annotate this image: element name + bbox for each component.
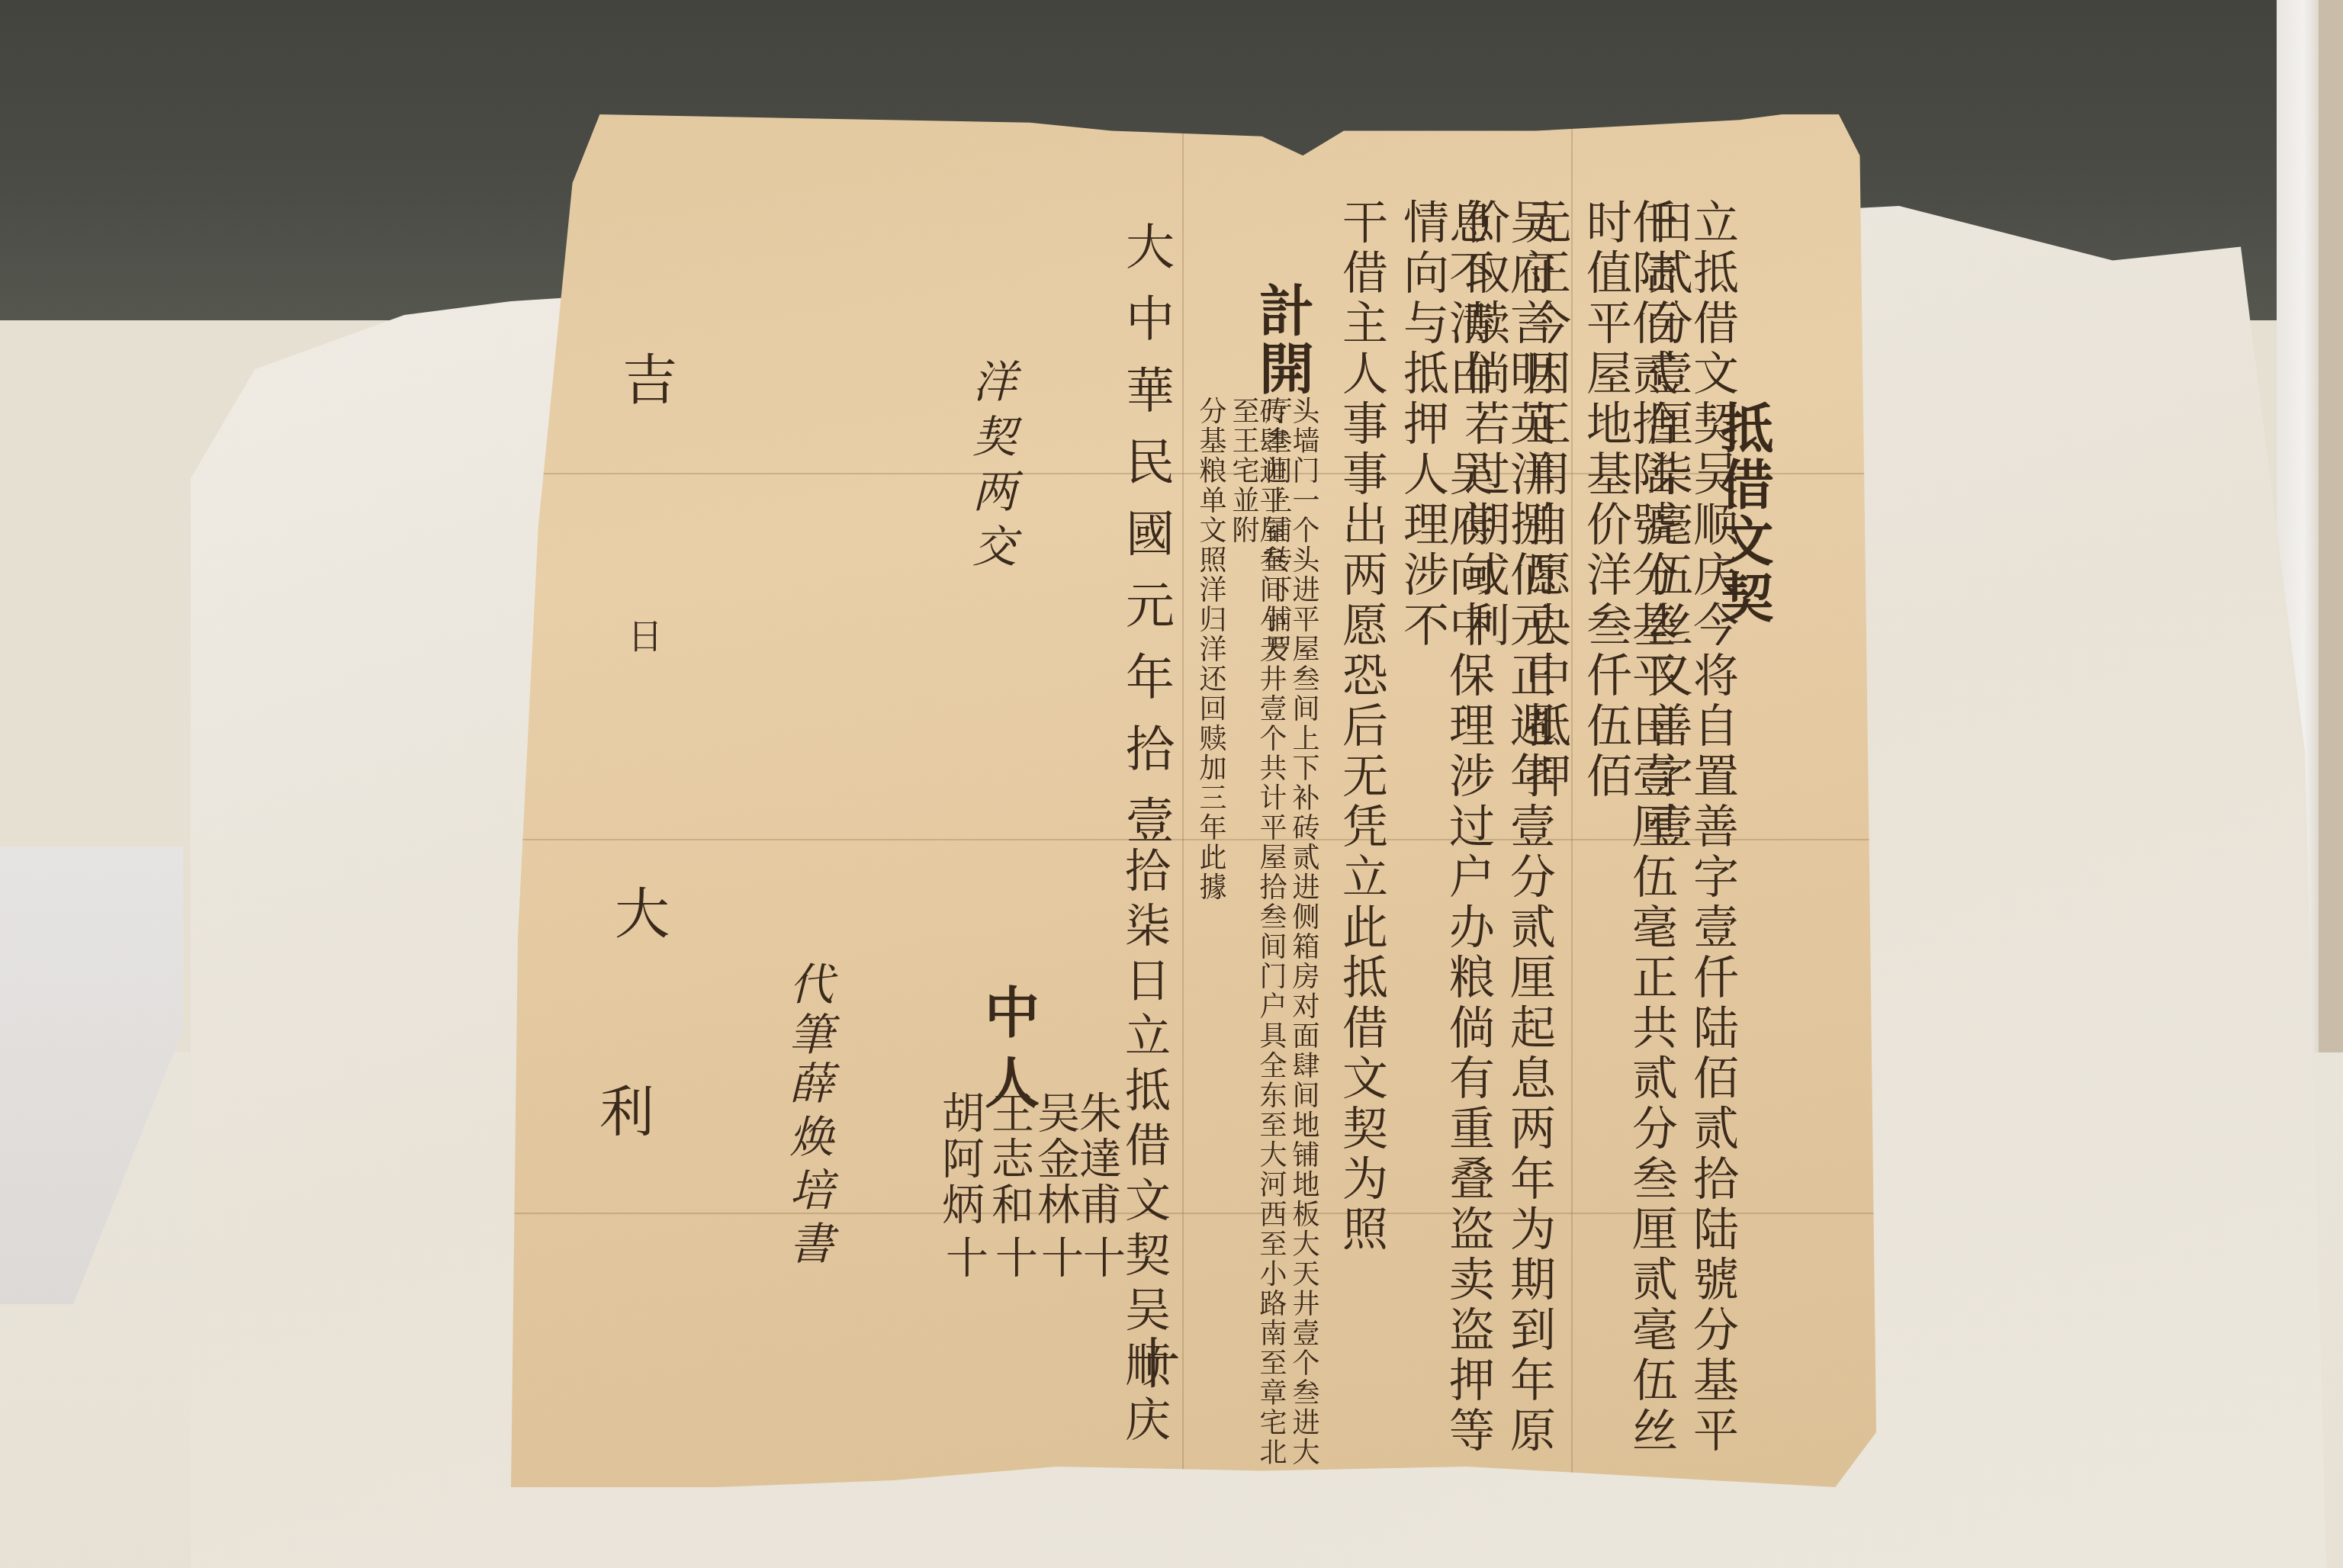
blessing-char: 吉 — [618, 351, 673, 409]
scribe-label: 代筆 — [786, 961, 830, 1062]
fold-line-vertical — [1571, 114, 1573, 1487]
blessing-char: 利 — [595, 1083, 650, 1141]
body-column-6: 干借主人事事出两愿恐后无凭立此抵借文契为照 — [1339, 198, 1384, 1255]
middleman-mark: 十 — [992, 1235, 1034, 1281]
body-column-5: 息不清由 吴府向中保理涉过户办粮倘有重叠盗卖盗押等情向与抵押人理涉不 — [1400, 198, 1491, 1487]
scribe-name: 薛焕培書 — [786, 1060, 830, 1274]
appendix-column-3: 分基粮单文照洋归洋还回赎加三年此據 — [1197, 397, 1224, 902]
middleman-mark: 十 — [1037, 1235, 1080, 1281]
middleman-name: 王志和 — [988, 1091, 1030, 1228]
contract-document: 抵借文契 立抵借文契吴顺庆今将自置善字壹仟陆佰贰拾陆號分基平田贰分壹厘柒毫伍丝又… — [511, 114, 1876, 1487]
middleman-name: 吴金林 — [1033, 1091, 1076, 1228]
middleman-name: 胡阿炳 — [938, 1091, 981, 1228]
middleman-name: 朱達甫 — [1075, 1091, 1118, 1228]
blessing-char: 大 — [610, 885, 665, 943]
appendix-heading: 計開 — [1255, 282, 1310, 398]
annotation-both-copies-exchanged: 洋契两交 — [969, 358, 1013, 578]
blessing-char: 日 — [625, 618, 660, 656]
middleman-mark: 十 — [1079, 1235, 1122, 1281]
fold-line-vertical — [1182, 114, 1184, 1487]
middleman-mark: 十 — [942, 1235, 985, 1281]
signer-mark: 十 — [1121, 1335, 1176, 1393]
date-line-era: 大中華民國元年拾壹 — [1121, 221, 1170, 866]
body-column-2: 仟陆佰贰拾陆號分基平田壹厘伍毫正共贰分叁厘贰毫伍丝时值平屋地基价洋叁仟伍佰 — [1583, 198, 1674, 1487]
appendix-column-2: 砖肆进平屋叁间小天井壹个共计平屋拾叁间门户具全东至大河西至小路南至章宅北至王宅並… — [1229, 397, 1284, 1487]
